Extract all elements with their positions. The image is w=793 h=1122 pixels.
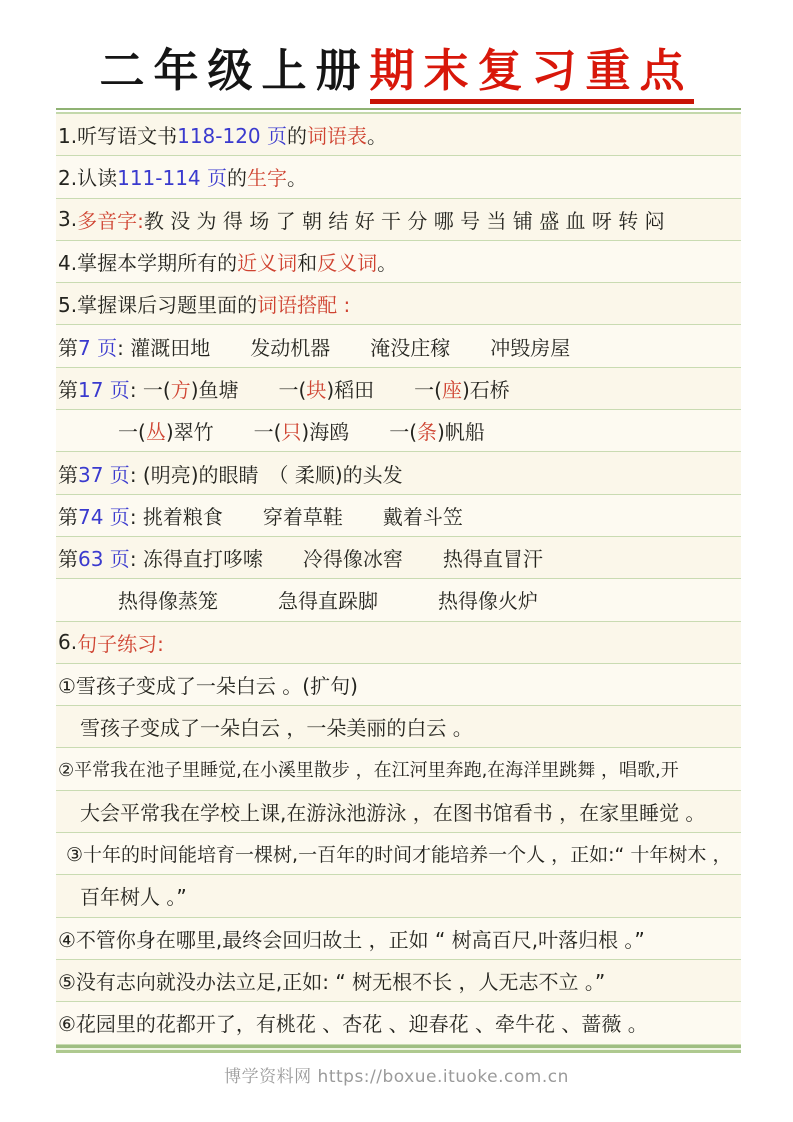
text-segment: 只 <box>281 416 301 445</box>
content-row: 第 17 页: 一(方)鱼塘 一(块)稻田 一(座)石桥 <box>56 368 741 410</box>
text-segment: 6. <box>58 630 77 654</box>
document-page: 二年级上册期末复习重点 1.听写语文书 118-120 页 的词语表 。2.认读… <box>0 0 793 1122</box>
content-row: 1.听写语文书 118-120 页 的词语表 。 <box>56 114 741 156</box>
text-segment: : 挑着粮食 穿着草鞋 戴着斗笠 <box>130 501 463 530</box>
text-segment: 37 页 <box>78 459 130 488</box>
text-segment: 近义词 <box>237 247 297 276</box>
text-segment: 丛 <box>146 416 166 445</box>
text-segment: 5.掌握课后习题里面的 <box>58 289 257 318</box>
text-segment: 第 <box>58 332 78 361</box>
text-segment: 生字 <box>247 162 287 191</box>
content-row: ④不管你身在哪里,最终会回归故土 ，正如 “ 树高百尺,叶落归根 。” <box>56 918 741 960</box>
text-segment: 。 <box>377 247 397 276</box>
content-row: ②平常我在池子里睡觉,在小溪里散步 ，在江河里奔跑,在海洋里跳舞 ，唱歌,开 <box>56 748 741 790</box>
text-segment: 反义词 <box>317 247 377 276</box>
text-segment: 多音字: <box>77 205 144 234</box>
text-segment: ①雪孩子变成了一朵白云 。(扩句) <box>58 670 358 699</box>
text-segment: 一( <box>118 416 146 445</box>
content-row: ③十年的时间能培育一棵树,一百年的时间才能培养一个人 ，正如:“ 十年树木 ， <box>56 833 741 875</box>
text-segment: 大会平常我在学校上课,在游泳池游泳 ，在图书馆看书 ，在家里睡觉 。 <box>80 797 705 826</box>
content-row: ⑥花园里的花都开了，有桃花 、杏花 、迎春花 、牵牛花 、蔷薇 。 <box>56 1002 741 1044</box>
text-segment: 63 页 <box>78 543 130 572</box>
text-segment: 句子练习: <box>77 628 164 657</box>
text-segment: 1.听写语文书 <box>58 120 177 149</box>
text-segment: 第 <box>58 374 78 403</box>
text-segment: 。 <box>367 120 387 149</box>
text-segment: 百年树人 。” <box>80 881 187 910</box>
content-row: 第 7 页: 灌溉田地 发动机器 淹没庄稼 冲毁房屋 <box>56 325 741 367</box>
text-segment: 2.认读 <box>58 162 117 191</box>
text-segment: ⑤没有志向就没办法立足,正如: “ 树无根不长 ，人无志不立 。” <box>58 966 605 995</box>
content-row: 热得像蒸笼 急得直跺脚 热得像火炉 <box>56 579 741 621</box>
content-row: 5.掌握课后习题里面的词语搭配 : <box>56 283 741 325</box>
text-segment: 雪孩子变成了一朵白云 ，一朵美丽的白云 。 <box>80 712 473 741</box>
text-segment: 。 <box>287 162 307 191</box>
text-segment: )稻田 一( <box>326 374 442 403</box>
text-segment: 第 <box>58 459 78 488</box>
page-title: 二年级上册期末复习重点 <box>0 0 793 102</box>
text-segment: 热得像蒸笼 急得直跺脚 热得像火炉 <box>118 585 538 614</box>
content-row: 一(丛)翠竹 一(只)海鸥 一(条)帆船 <box>56 410 741 452</box>
text-segment: 111-114 页 <box>117 162 227 191</box>
content-row: 2.认读 111-114 页 的生字 。 <box>56 156 741 198</box>
text-segment: 和 <box>297 247 317 276</box>
text-segment: 的 <box>227 162 247 191</box>
text-segment: )帆船 <box>437 416 485 445</box>
content-row: ⑤没有志向就没办法立足,正如: “ 树无根不长 ，人无志不立 。” <box>56 960 741 1002</box>
footer-watermark: 博学资料网 https://boxue.ituoke.com.cn <box>0 1062 793 1087</box>
text-segment: ③十年的时间能培育一棵树,一百年的时间才能培养一个人 ，正如:“ 十年树木 ， <box>66 840 731 867</box>
text-segment: )翠竹 一( <box>166 416 282 445</box>
text-segment: 118-120 页 <box>177 120 287 149</box>
text-segment: 块 <box>306 374 326 403</box>
text-segment: ②平常我在池子里睡觉,在小溪里散步 ，在江河里奔跑,在海洋里跳舞 ，唱歌,开 <box>58 756 679 782</box>
text-segment: : (明亮)的眼睛 （ 柔顺)的头发 <box>130 459 403 488</box>
text-segment: 第 <box>58 501 78 530</box>
text-segment: 教 没 为 得 场 了 朝 结 好 干 分 哪 号 当 铺 盛 血 呀 转 闷 <box>144 205 665 234</box>
content-row: 6.句子练习: <box>56 622 741 664</box>
content-row: 雪孩子变成了一朵白云 ，一朵美丽的白云 。 <box>56 706 741 748</box>
text-segment: 4.掌握本学期所有的 <box>58 247 237 276</box>
text-segment: 词语搭配 : <box>257 289 350 318</box>
text-segment: )鱼塘 一( <box>191 374 307 403</box>
text-segment: 座 <box>442 374 462 403</box>
content-row: 大会平常我在学校上课,在游泳池游泳 ，在图书馆看书 ，在家里睡觉 。 <box>56 791 741 833</box>
bottom-rule <box>56 1045 741 1053</box>
text-segment: ④不管你身在哪里,最终会回归故土 ，正如 “ 树高百尺,叶落归根 。” <box>58 924 645 953</box>
text-segment: 17 页 <box>78 374 130 403</box>
content-row: ①雪孩子变成了一朵白云 。(扩句) <box>56 664 741 706</box>
content-row: 第 37 页: (明亮)的眼睛 （ 柔顺)的头发 <box>56 452 741 494</box>
text-segment: )海鸥 一( <box>301 416 417 445</box>
text-segment: : 灌溉田地 发动机器 淹没庄稼 冲毁房屋 <box>117 332 570 361</box>
text-segment: ⑥花园里的花都开了，有桃花 、杏花 、迎春花 、牵牛花 、蔷薇 。 <box>58 1008 648 1037</box>
text-segment: 方 <box>171 374 191 403</box>
text-segment: 74 页 <box>78 501 130 530</box>
content-row: 第 74 页: 挑着粮食 穿着草鞋 戴着斗笠 <box>56 495 741 537</box>
text-segment: 条 <box>417 416 437 445</box>
review-list: 1.听写语文书 118-120 页 的词语表 。2.认读 111-114 页 的… <box>56 108 741 1053</box>
title-review-part: 期末复习重点 <box>370 44 694 104</box>
text-segment: 词语表 <box>307 120 367 149</box>
text-segment: 的 <box>287 120 307 149</box>
text-segment: : 冻得直打哆嗦 冷得像冰窖 热得直冒汗 <box>130 543 543 572</box>
content-row: 4.掌握本学期所有的近义词和反义词 。 <box>56 241 741 283</box>
text-segment: 3. <box>58 207 77 231</box>
content-row: 第 63 页: 冻得直打哆嗦 冷得像冰窖 热得直冒汗 <box>56 537 741 579</box>
text-segment: : 一( <box>130 374 171 403</box>
text-segment: 7 页 <box>78 332 117 361</box>
title-grade-part: 二年级上册 <box>99 44 369 97</box>
text-segment: 第 <box>58 543 78 572</box>
text-segment: )石桥 <box>462 374 510 403</box>
content-rows: 1.听写语文书 118-120 页 的词语表 。2.认读 111-114 页 的… <box>56 114 741 1045</box>
content-row: 百年树人 。” <box>56 875 741 917</box>
content-row: 3.多音字: 教 没 为 得 场 了 朝 结 好 干 分 哪 号 当 铺 盛 血… <box>56 199 741 241</box>
